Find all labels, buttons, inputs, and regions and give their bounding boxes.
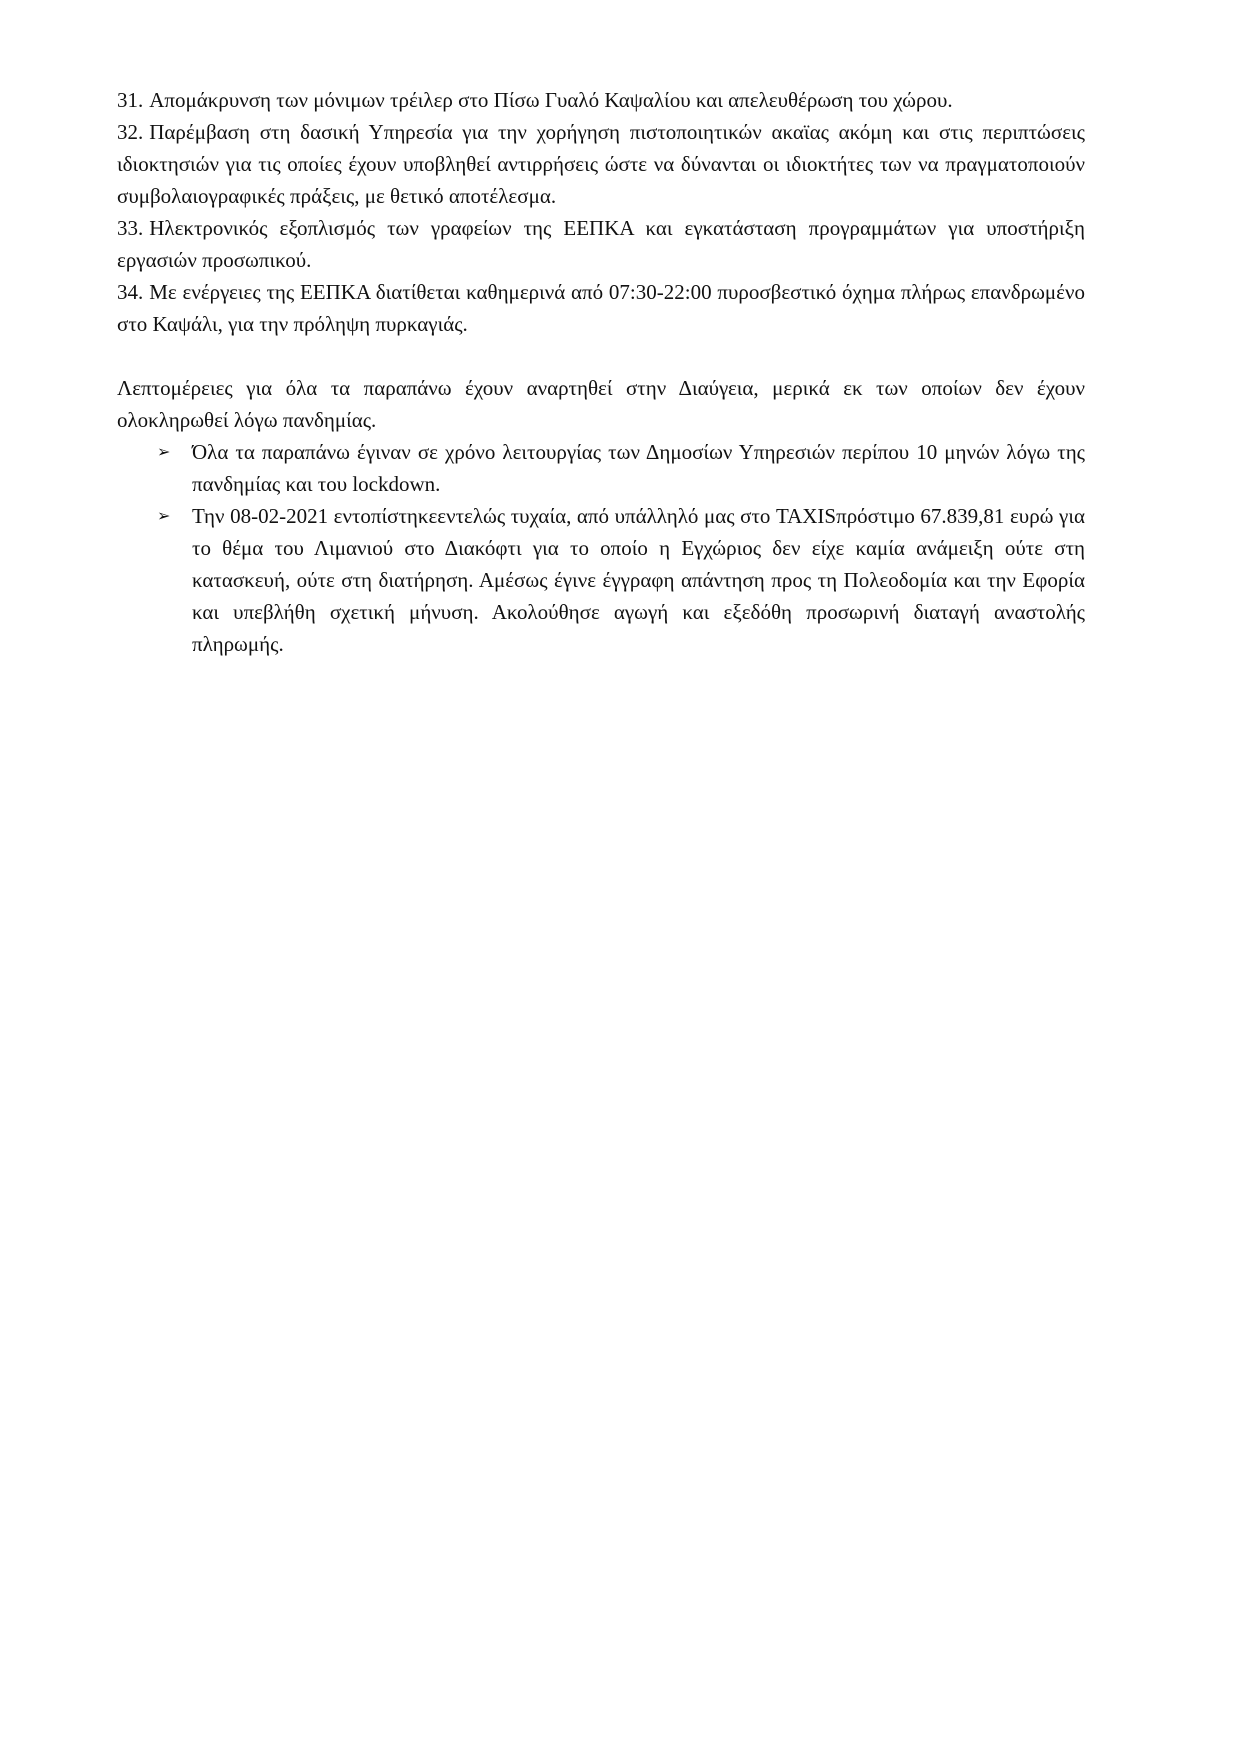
numbered-item-31: 31.Απομάκρυνση των μόνιμων τρέιλερ στο Π…: [117, 84, 1085, 116]
item-number: 32.: [117, 120, 143, 144]
item-text: Παρέμβαση στη δασική Υπηρεσία για την χο…: [117, 120, 1085, 208]
item-number: 34.: [117, 280, 143, 304]
arrowhead-bullet-icon: ➢: [157, 500, 170, 532]
numbered-item-33: 33.Ηλεκτρονικός εξοπλισμός των γραφείων …: [117, 212, 1085, 276]
bullet-item: ➢ Την 08-02-2021 εντοπίστηκεεντελώς τυχα…: [117, 500, 1085, 660]
bullet-text: Όλα τα παραπάνω έγιναν σε χρόνο λειτουργ…: [192, 440, 1085, 496]
bullet-list: ➢ Όλα τα παραπάνω έγιναν σε χρόνο λειτου…: [117, 436, 1085, 660]
document-page: 31.Απομάκρυνση των μόνιμων τρέιλερ στο Π…: [117, 84, 1085, 660]
item-number: 31.: [117, 88, 143, 112]
bullet-text: Την 08-02-2021 εντοπίστηκεεντελώς τυχαία…: [192, 504, 1085, 656]
item-number: 33.: [117, 216, 143, 240]
bullet-item: ➢ Όλα τα παραπάνω έγιναν σε χρόνο λειτου…: [117, 436, 1085, 500]
numbered-item-32: 32.Παρέμβαση στη δασική Υπηρεσία για την…: [117, 116, 1085, 212]
paragraph-spacer: [117, 340, 1085, 372]
item-text: Απομάκρυνση των μόνιμων τρέιλερ στο Πίσω…: [149, 88, 952, 112]
item-text: Ηλεκτρονικός εξοπλισμός των γραφείων της…: [117, 216, 1085, 272]
summary-paragraph: Λεπτομέρειες για όλα τα παραπάνω έχουν α…: [117, 372, 1085, 436]
numbered-item-34: 34.Με ενέργειες της ΕΕΠΚΑ διατίθεται καθ…: [117, 276, 1085, 340]
item-text: Με ενέργειες της ΕΕΠΚΑ διατίθεται καθημε…: [117, 280, 1085, 336]
arrowhead-bullet-icon: ➢: [157, 436, 170, 468]
